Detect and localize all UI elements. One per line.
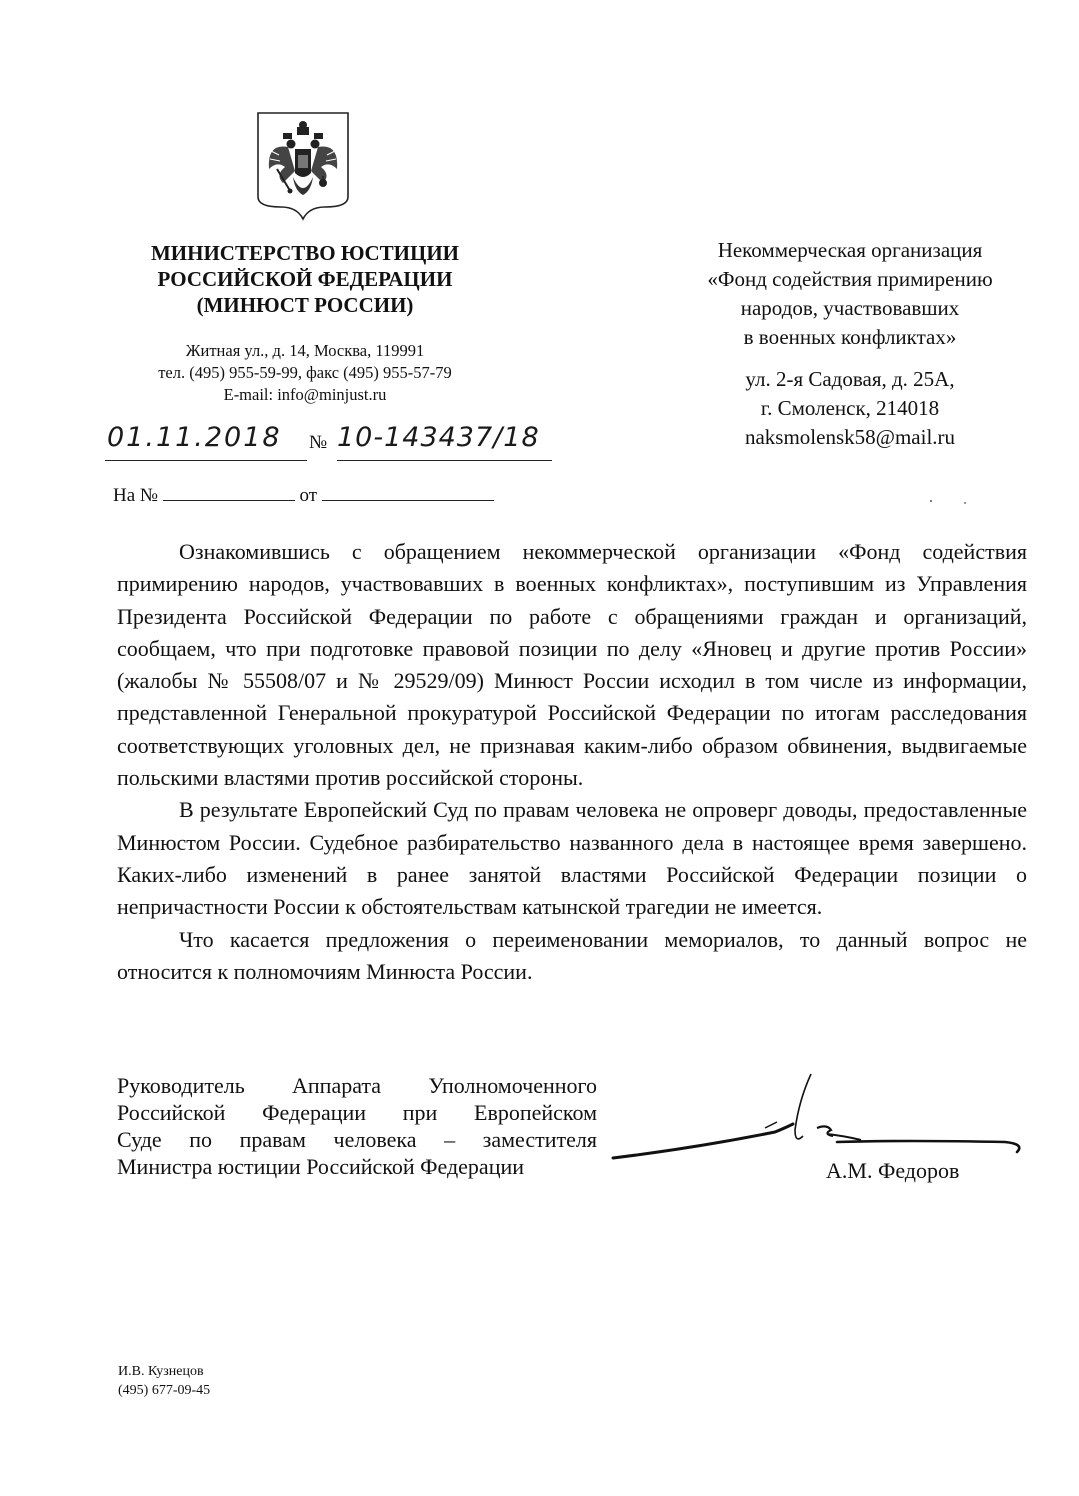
registration-number: 10-143437/18 (337, 418, 552, 461)
sender-name-line: МИНИСТЕРСТВО ЮСТИЦИИ (115, 240, 495, 266)
recipient-block: Некоммерческая организация «Фонд содейст… (650, 236, 1050, 452)
recipient-city: г. Смоленск, 214018 (650, 394, 1050, 423)
executor-phone: (495) 677-09-45 (118, 1381, 210, 1400)
sender-address: Житная ул., д. 14, Москва, 119991 (110, 340, 500, 362)
scan-artifacts (930, 495, 970, 520)
executor-name: И.В. Кузнецов (118, 1362, 210, 1381)
letter-body: Ознакомившись с обращением некоммерческо… (117, 536, 1027, 988)
signatory-title-line: Суде по правам человека – заместителя (117, 1126, 597, 1153)
handwritten-signature-icon (605, 1070, 1025, 1170)
sender-name: МИНИСТЕРСТВО ЮСТИЦИИ РОССИЙСКОЙ ФЕДЕРАЦИ… (115, 240, 495, 318)
registration-number-label: № (309, 432, 327, 454)
registration-date: 01.11.2018 (105, 418, 307, 461)
executor-info: И.В. Кузнецов (495) 677-09-45 (118, 1362, 210, 1400)
recipient-street: ул. 2-я Садовая, д. 25А, (650, 365, 1050, 394)
signatory-title-line: Министра юстиции Российской Федерации (117, 1153, 597, 1180)
body-paragraph: В результате Европейский Суд по правам ч… (117, 794, 1027, 923)
body-paragraph: Что касается предложения о переименовани… (117, 924, 1027, 989)
signatory-title: Руководитель Аппарата Уполномоченного Ро… (117, 1072, 597, 1180)
recipient-line: Некоммерческая организация (650, 236, 1050, 265)
body-paragraph: Ознакомившись с обращением некоммерческо… (117, 536, 1027, 794)
recipient-line: «Фонд содействия примирению (650, 265, 1050, 294)
reply-reference: На № от (113, 482, 494, 507)
signatory-title-line: Российской Федерации при Европейском (117, 1099, 597, 1126)
recipient-line: в военных конфликтах» (650, 323, 1050, 352)
reply-number-label: На № (113, 485, 158, 506)
signer-name: А.М. Федоров (826, 1158, 959, 1184)
sender-phone-fax: тел. (495) 955-59-99, факс (495) 955-57-… (110, 362, 500, 384)
reply-from-field (322, 482, 494, 501)
reply-from-label: от (300, 485, 318, 506)
russian-coat-of-arms-icon (255, 111, 351, 223)
reply-number-field (163, 482, 295, 501)
registration-line: 01.11.2018 № 10-143437/18 (105, 418, 565, 462)
sender-name-line: РОССИЙСКОЙ ФЕДЕРАЦИИ (115, 266, 495, 292)
sender-name-line: (МИНЮСТ РОССИИ) (115, 292, 495, 318)
sender-contacts: Житная ул., д. 14, Москва, 119991 тел. (… (110, 340, 500, 406)
sender-email: E-mail: info@minjust.ru (110, 384, 500, 406)
recipient-line: народов, участвовавших (650, 294, 1050, 323)
recipient-email: naksmolensk58@mail.ru (650, 423, 1050, 452)
signatory-title-line: Руководитель Аппарата Уполномоченного (117, 1072, 597, 1099)
